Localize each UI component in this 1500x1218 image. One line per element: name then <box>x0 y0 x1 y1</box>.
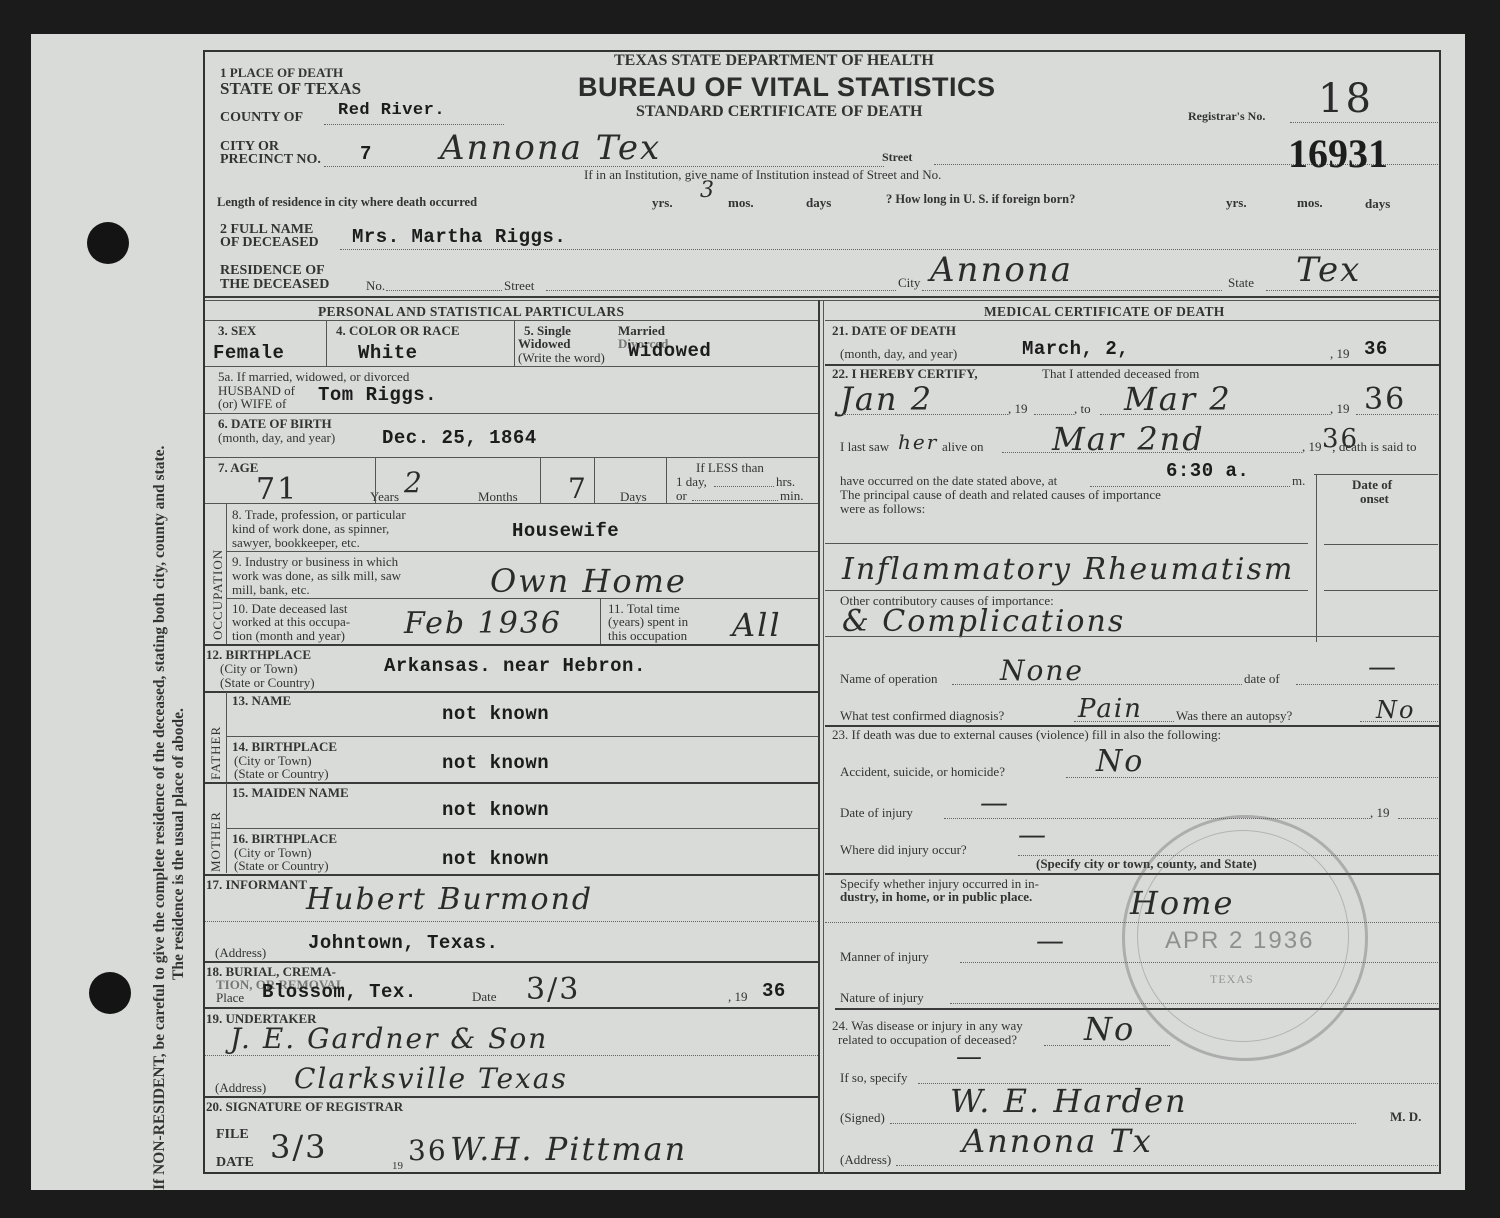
principal-cause-value: Inflammatory Rheumatism <box>842 552 1294 587</box>
time-of-death-value: 6:30 a. <box>1166 460 1249 482</box>
bureau-title: BUREAU OF VITAL STATISTICS <box>578 72 996 103</box>
occupation-side-label: OCCUPATION <box>210 549 226 640</box>
department-title: TEXAS STATE DEPARTMENT OF HEALTH <box>614 52 934 70</box>
age-months-value: 2 <box>404 466 424 499</box>
trade-value: Housewife <box>512 520 619 542</box>
informant-value: Hubert Burmond <box>306 882 593 917</box>
non-resident-note: If NON-RESIDENT, be careful to give the … <box>150 30 188 1190</box>
father-name-value: not known <box>442 703 549 725</box>
foreign-born-label: ? How long in U. S. if foreign born? <box>886 193 1075 206</box>
attended-to-year-value: 36 <box>1364 382 1406 417</box>
physician-address-value: Annona Tx <box>962 1122 1153 1160</box>
last-worked-value: Feb 1936 <box>404 606 562 641</box>
residence-label-1: RESIDENCE OF <box>220 264 325 277</box>
physician-signature: W. E. Harden <box>950 1082 1188 1120</box>
place-of-death-label: 1 PLACE OF DEATH <box>220 66 343 79</box>
certificate-title: STANDARD CERTIFICATE OF DEATH <box>636 103 922 121</box>
city-value: Annona Tex <box>440 128 661 168</box>
county-value: Red River. <box>338 101 445 120</box>
undertaker-address-value: Clarksville Texas <box>294 1062 568 1095</box>
father-birthplace-value: not known <box>442 752 549 774</box>
informant-address-value: Johntown, Texas. <box>308 932 498 954</box>
father-side-label: FATHER <box>208 726 224 780</box>
date-of-death-value: March, 2, <box>1022 338 1129 360</box>
total-time-value: All <box>732 606 782 644</box>
undertaker-value: J. E. Gardner & Son <box>230 1022 548 1055</box>
attended-to-value: Mar 2 <box>1124 380 1232 418</box>
residence-label-2: THE DECEASED <box>220 278 329 291</box>
accident-value: No <box>1096 744 1144 779</box>
medical-section-title: MEDICAL CERTIFICATE OF DEATH <box>984 304 1225 320</box>
registrar-no-label: Registrar's No. <box>1188 110 1265 123</box>
autopsy-value: No <box>1376 696 1415 724</box>
industry-value: Own Home <box>490 562 687 600</box>
stamp-date: APR 2 1936 <box>1165 927 1314 955</box>
burial-year-value: 36 <box>762 980 786 1002</box>
residence-length-label: Length of residence in city where death … <box>217 196 477 209</box>
file-date-value: 3/3 <box>270 1128 328 1166</box>
county-label: COUNTY OF <box>220 111 303 124</box>
occupation-related-value: No <box>1084 1010 1135 1048</box>
registrar-signature: W.H. Pittman <box>450 1130 687 1168</box>
death-year-value: 36 <box>1364 338 1388 360</box>
precinct-value: 7 <box>360 143 372 165</box>
manner-value: — <box>1036 924 1066 957</box>
mother-birthplace-value: not known <box>442 848 549 870</box>
certificate-number: 16931 <box>1288 130 1388 177</box>
residence-state-value: Tex <box>1296 250 1361 290</box>
stamp-state: TEXAS <box>1210 972 1254 987</box>
marital-status-value: Widowed <box>628 340 711 362</box>
sex-value: Female <box>213 342 284 364</box>
date-of-birth-value: Dec. 25, 1864 <box>382 427 537 449</box>
full-name-label-2: OF DECEASED <box>220 236 319 249</box>
last-saw-pronoun: her <box>898 430 938 454</box>
if-so-value: — <box>956 1042 984 1072</box>
institution-note: If in an Institution, give name of Insti… <box>584 168 941 181</box>
age-years-value: 71 <box>256 472 298 507</box>
city-label-2: PRECINCT NO. <box>220 153 321 166</box>
residence-months-value: 3 <box>700 178 716 203</box>
punch-hole-bottom <box>89 972 131 1014</box>
deceased-full-name: Mrs. Martha Riggs. <box>352 226 566 248</box>
spouse-value: Tom Riggs. <box>318 384 437 406</box>
street-label: Street <box>882 151 912 164</box>
attended-from-value: Jan 2 <box>840 380 933 418</box>
punch-hole-top <box>87 222 129 264</box>
last-saw-date-value: Mar 2nd <box>1052 420 1205 458</box>
burial-place-value: Blossom, Tex. <box>262 981 417 1003</box>
test-value: Pain <box>1078 694 1143 724</box>
birthplace-value: Arkansas. near Hebron. <box>384 655 646 677</box>
registrar-no-value: 18 <box>1318 76 1373 122</box>
injury-date-value: — <box>980 786 1010 819</box>
other-causes-value: & Complications <box>842 604 1125 639</box>
file-year-value: 36 <box>408 1134 448 1167</box>
burial-date-value: 3/3 <box>526 972 580 1007</box>
residence-city-value: Annona <box>930 250 1073 290</box>
personal-section-title: PERSONAL AND STATISTICAL PARTICULARS <box>318 304 624 320</box>
operation-value: None <box>1000 654 1084 687</box>
state-label: STATE OF TEXAS <box>220 80 361 97</box>
race-value: White <box>358 342 418 364</box>
injury-where-value: — <box>1018 818 1048 851</box>
mother-side-label: MOTHER <box>208 811 224 872</box>
mother-name-value: not known <box>442 799 549 821</box>
age-days-value: 7 <box>568 472 588 505</box>
operation-date-value: — <box>1368 650 1398 683</box>
